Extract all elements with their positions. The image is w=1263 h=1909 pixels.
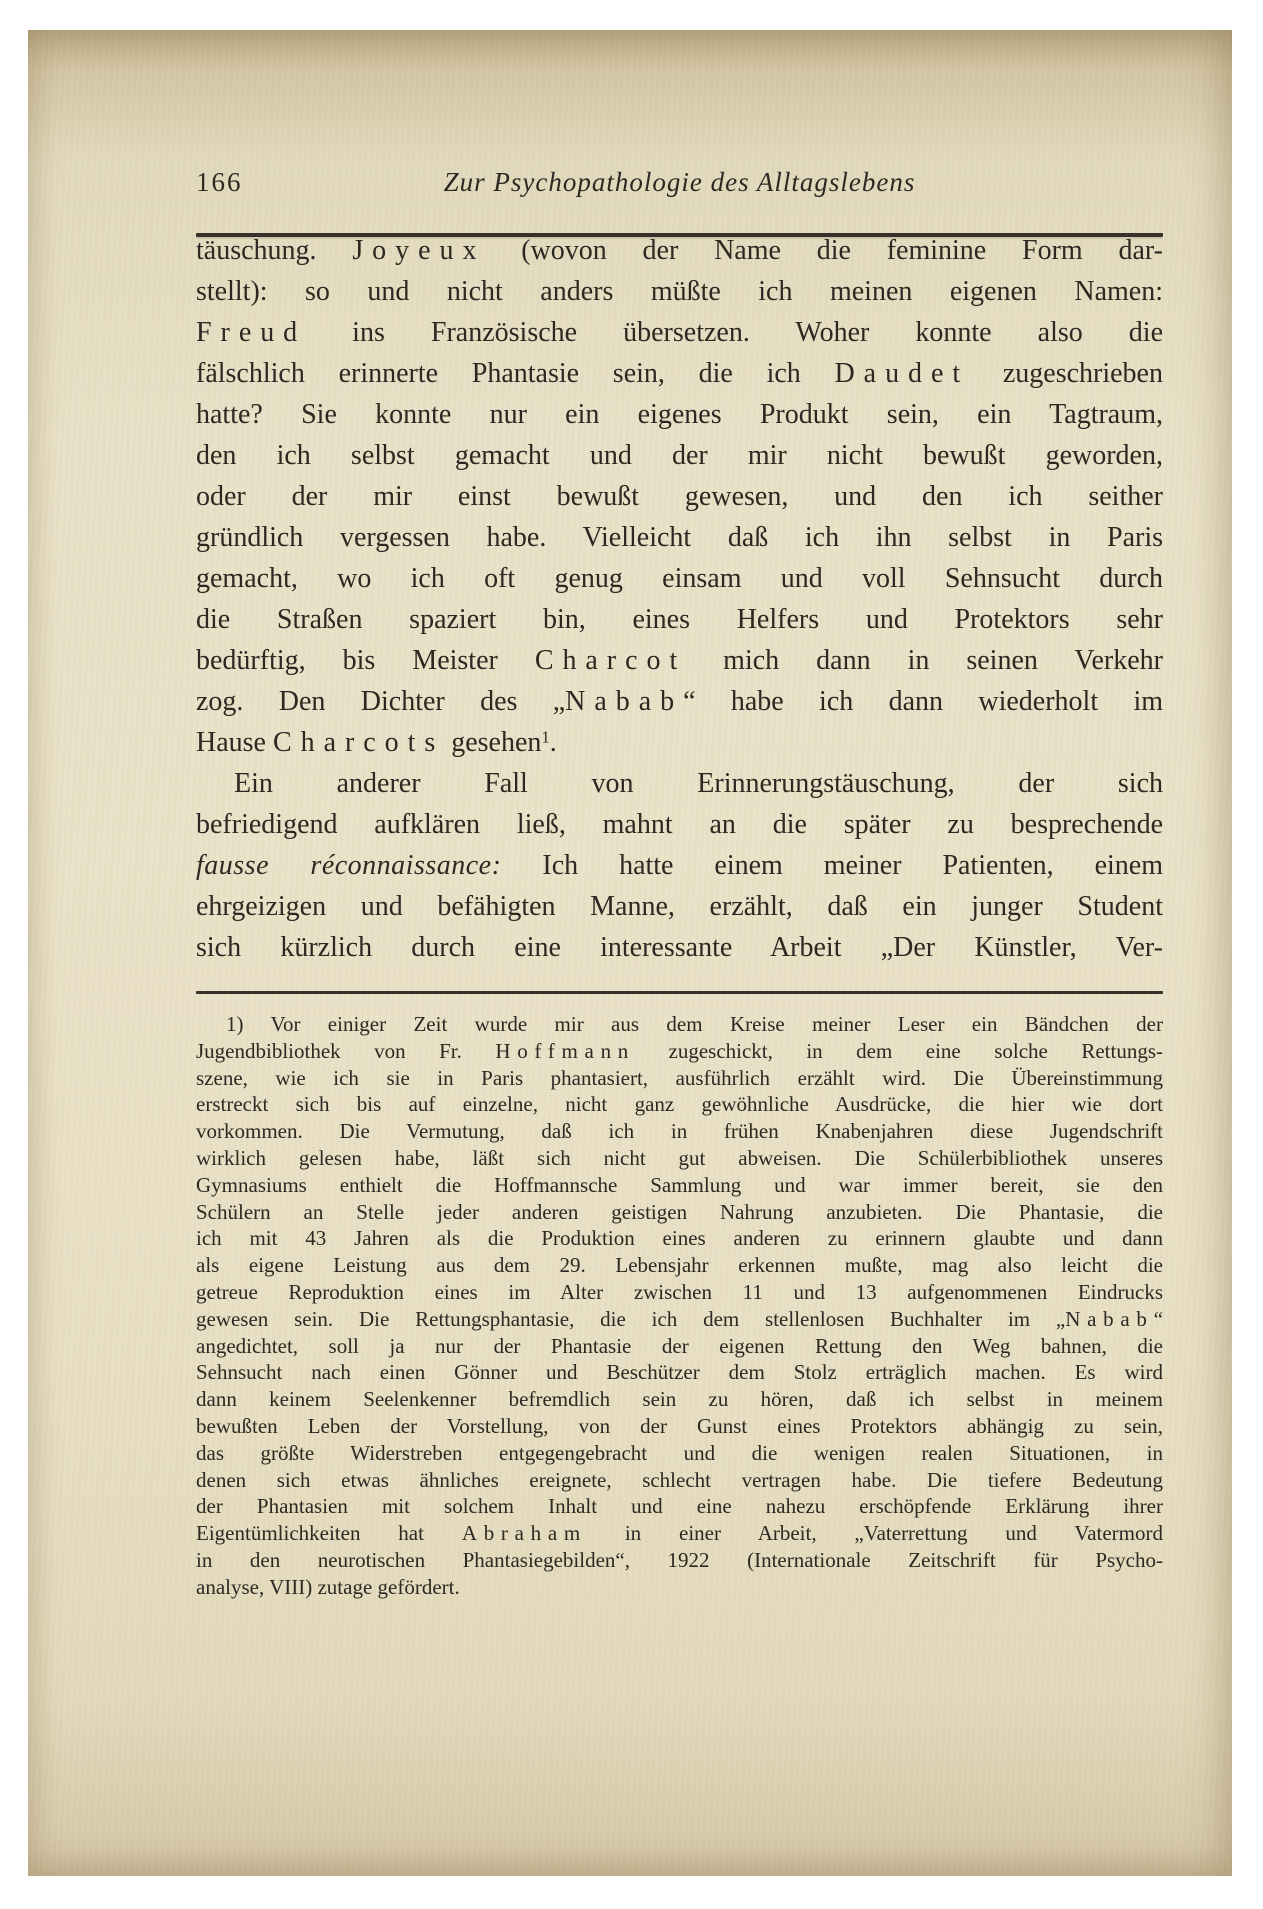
text-line: Eigentümlichkeiten hat Abraham in einer … (196, 1520, 1163, 1547)
text-segment: in einer Arbeit, „Vaterrettung und Vater… (587, 1521, 1163, 1545)
text-segment: dann keinem Seelenkenner befremdlich sei… (196, 1387, 1163, 1411)
text-segment: stellt): so und nicht anders müßte ich m… (196, 276, 1163, 307)
text-segment: ins Französische übersetzen. Woher konnt… (306, 317, 1163, 348)
text-line: ich mit 43 Jahren als die Produktion ein… (196, 1225, 1163, 1252)
text-line: sich kürzlich durch eine interessante Ar… (196, 927, 1163, 968)
page-header: 166 Zur Psychopathologie des Alltagslebe… (196, 166, 1163, 200)
text-line: oder der mir einst bewußt gewesen, und d… (196, 476, 1163, 517)
spaced-emphasis-name: Nabab (1065, 1307, 1153, 1331)
text-line: erstreckt sich bis auf einzelne, nicht g… (196, 1091, 1163, 1118)
text-segment: hatte? Sie konnte nur ein eigenes Produk… (196, 399, 1163, 430)
text-segment: in den neurotischen Phantasiegebilden“, … (196, 1548, 1163, 1572)
text-segment: erstreckt sich bis auf einzelne, nicht g… (196, 1092, 1163, 1116)
text-segment: Schülern an Stelle jeder anderen geistig… (196, 1200, 1163, 1224)
text-segment: Gymnasiums enthielt die Hoffmannsche Sam… (196, 1173, 1163, 1197)
text-line: Freud ins Französische übersetzen. Woher… (196, 312, 1163, 353)
book-page: 166 Zur Psychopathologie des Alltagslebe… (28, 30, 1232, 1876)
text-line: bedürftig, bis Meister Charcot mich dann… (196, 640, 1163, 681)
text-segment: zog. Den Dichter des „ (196, 686, 565, 717)
text-segment: Sehnsucht nach einen Gönner und Beschütz… (196, 1360, 1163, 1384)
spaced-emphasis-name: Freud (196, 317, 306, 348)
text-segment: gesehen (444, 727, 541, 758)
text-segment: bedürftig, bis Meister (196, 645, 535, 676)
text-line: täuschung. Joyeux (wovon der Name die fe… (196, 230, 1163, 271)
text-segment: denen sich etwas ähnliches ereignete, sc… (196, 1468, 1163, 1492)
text-line: Jugendbibliothek von Fr. Hoffmann zugesc… (196, 1038, 1163, 1065)
text-segment: befriedigend aufklären ließ, mahnt an di… (196, 809, 1163, 840)
text-line: denen sich etwas ähnliches ereignete, sc… (196, 1467, 1163, 1494)
text-block: 166 Zur Psychopathologie des Alltagslebe… (196, 30, 1163, 1876)
text-line: der Phantasien mit solchem Inhalt und ei… (196, 1493, 1163, 1520)
text-segment: Ich hatte einem meiner Patienten, einem (501, 850, 1163, 881)
spaced-emphasis-name: Charcot (535, 645, 686, 676)
text-segment: analyse, VIII) zutage gefördert. (196, 1575, 460, 1599)
text-segment: ehrgeizigen und befähigten Manne, erzähl… (196, 891, 1163, 922)
spaced-emphasis-name: Daudet (835, 358, 970, 389)
text-line: Gymnasiums enthielt die Hoffmannsche Sam… (196, 1172, 1163, 1199)
text-segment: der Phantasien mit solchem Inhalt und ei… (196, 1494, 1163, 1518)
text-segment: szene, wie ich sie in Paris phantasiert,… (196, 1066, 1163, 1090)
spaced-emphasis-name: Nabab (565, 686, 683, 717)
footnote-reference-mark: 1 (541, 728, 549, 747)
text-segment: fälschlich erinnerte Phantasie sein, die… (196, 358, 835, 389)
text-segment: zugeschrieben (969, 358, 1163, 389)
spaced-emphasis-name: Charcots (273, 727, 444, 758)
text-line: gründlich vergessen habe. Vielleicht daß… (196, 517, 1163, 558)
text-segment: gewesen sein. Die Rettungsphantasie, die… (196, 1307, 1065, 1331)
text-segment: Eigentümlichkeiten hat (196, 1521, 462, 1545)
text-line: fälschlich erinnerte Phantasie sein, die… (196, 353, 1163, 394)
text-line: stellt): so und nicht anders müßte ich m… (196, 271, 1163, 312)
text-segment: mich dann in seinen Verkehr (686, 645, 1163, 676)
text-segment: vorkommen. Die Vermutung, daß ich in frü… (196, 1119, 1163, 1143)
text-line: in den neurotischen Phantasiegebilden“, … (196, 1547, 1163, 1574)
text-segment: wirklich gelesen habe, läßt sich nicht g… (196, 1146, 1163, 1170)
text-segment: das größte Widerstreben entgegengebracht… (196, 1441, 1163, 1465)
text-segment: . (550, 727, 557, 758)
text-segment: zugeschickt, in dem eine solche Rettungs… (635, 1039, 1163, 1063)
text-line: Sehnsucht nach einen Gönner und Beschütz… (196, 1359, 1163, 1386)
text-segment: (wovon der Name die feminine Form dar- (485, 235, 1163, 266)
main-text: täuschung. Joyeux (wovon der Name die fe… (196, 230, 1163, 968)
text-line: dann keinem Seelenkenner befremdlich sei… (196, 1386, 1163, 1413)
footnote: 1) Vor einiger Zeit wurde mir aus dem Kr… (196, 1011, 1163, 1601)
text-segment: Hause (196, 727, 273, 758)
italic-phrase: fausse réconnaissance: (196, 850, 501, 881)
text-line: 1) Vor einiger Zeit wurde mir aus dem Kr… (196, 1011, 1163, 1038)
text-line: Ein anderer Fall von Erinnerungstäuschun… (196, 763, 1163, 804)
text-line: gewesen sein. Die Rettungsphantasie, die… (196, 1306, 1163, 1333)
text-segment: die Straßen spaziert bin, eines Helfers … (196, 604, 1163, 635)
text-segment: täuschung. (196, 235, 352, 266)
text-line: analyse, VIII) zutage gefördert. (196, 1574, 1163, 1601)
spaced-emphasis-name: Hoffmann (495, 1039, 635, 1063)
text-segment: gemacht, wo ich oft genug einsam und vol… (196, 563, 1163, 594)
text-segment: “ (1154, 1307, 1163, 1331)
text-segment: Ein anderer Fall von Erinnerungstäuschun… (234, 768, 1163, 799)
text-line: bewußten Leben der Vorstellung, von der … (196, 1413, 1163, 1440)
text-segment: sich kürzlich durch eine interessante Ar… (196, 932, 1163, 963)
text-line: szene, wie ich sie in Paris phantasiert,… (196, 1065, 1163, 1092)
text-segment: angedichtet, soll ja nur der Phantasie d… (196, 1334, 1163, 1358)
text-line: gemacht, wo ich oft genug einsam und vol… (196, 558, 1163, 599)
text-segment: ich mit 43 Jahren als die Produktion ein… (196, 1226, 1163, 1250)
text-segment: Jugendbibliothek von Fr. (196, 1039, 495, 1063)
text-line: fausse réconnaissance: Ich hatte einem m… (196, 845, 1163, 886)
text-line: ehrgeizigen und befähigten Manne, erzähl… (196, 886, 1163, 927)
spaced-emphasis-name: Joyeux (352, 235, 485, 266)
text-line: den ich selbst gemacht und der mir nicht… (196, 435, 1163, 476)
running-title: Zur Psychopathologie des Alltagslebens (444, 167, 916, 197)
text-segment: den ich selbst gemacht und der mir nicht… (196, 440, 1163, 471)
text-line: als eigene Leistung aus dem 29. Lebensja… (196, 1252, 1163, 1279)
page-number: 166 (196, 166, 243, 198)
text-segment: getreue Reproduktion eines im Alter zwis… (196, 1280, 1163, 1304)
text-line: Schülern an Stelle jeder anderen geistig… (196, 1199, 1163, 1226)
text-segment: gründlich vergessen habe. Vielleicht daß… (196, 522, 1163, 553)
text-line: das größte Widerstreben entgegengebracht… (196, 1440, 1163, 1467)
text-line: wirklich gelesen habe, läßt sich nicht g… (196, 1145, 1163, 1172)
text-line: Hause Charcots gesehen1. (196, 722, 1163, 763)
text-segment: als eigene Leistung aus dem 29. Lebensja… (196, 1253, 1163, 1277)
text-segment: “ habe ich dann wiederholt im (683, 686, 1163, 717)
text-line: befriedigend aufklären ließ, mahnt an di… (196, 804, 1163, 845)
text-line: hatte? Sie konnte nur ein eigenes Produk… (196, 394, 1163, 435)
text-segment: bewußten Leben der Vorstellung, von der … (196, 1414, 1163, 1438)
spaced-emphasis-name: Abraham (462, 1521, 587, 1545)
text-segment: 1) Vor einiger Zeit wurde mir aus dem Kr… (226, 1012, 1163, 1036)
scanned-book-page-screenshot: { "header": { "page_number": "166", "run… (0, 0, 1263, 1909)
text-line: getreue Reproduktion eines im Alter zwis… (196, 1279, 1163, 1306)
text-line: die Straßen spaziert bin, eines Helfers … (196, 599, 1163, 640)
text-line: angedichtet, soll ja nur der Phantasie d… (196, 1333, 1163, 1360)
text-line: zog. Den Dichter des „Nabab“ habe ich da… (196, 681, 1163, 722)
footnote-rule (196, 991, 1163, 994)
text-line: vorkommen. Die Vermutung, daß ich in frü… (196, 1118, 1163, 1145)
text-segment: oder der mir einst bewußt gewesen, und d… (196, 481, 1163, 512)
